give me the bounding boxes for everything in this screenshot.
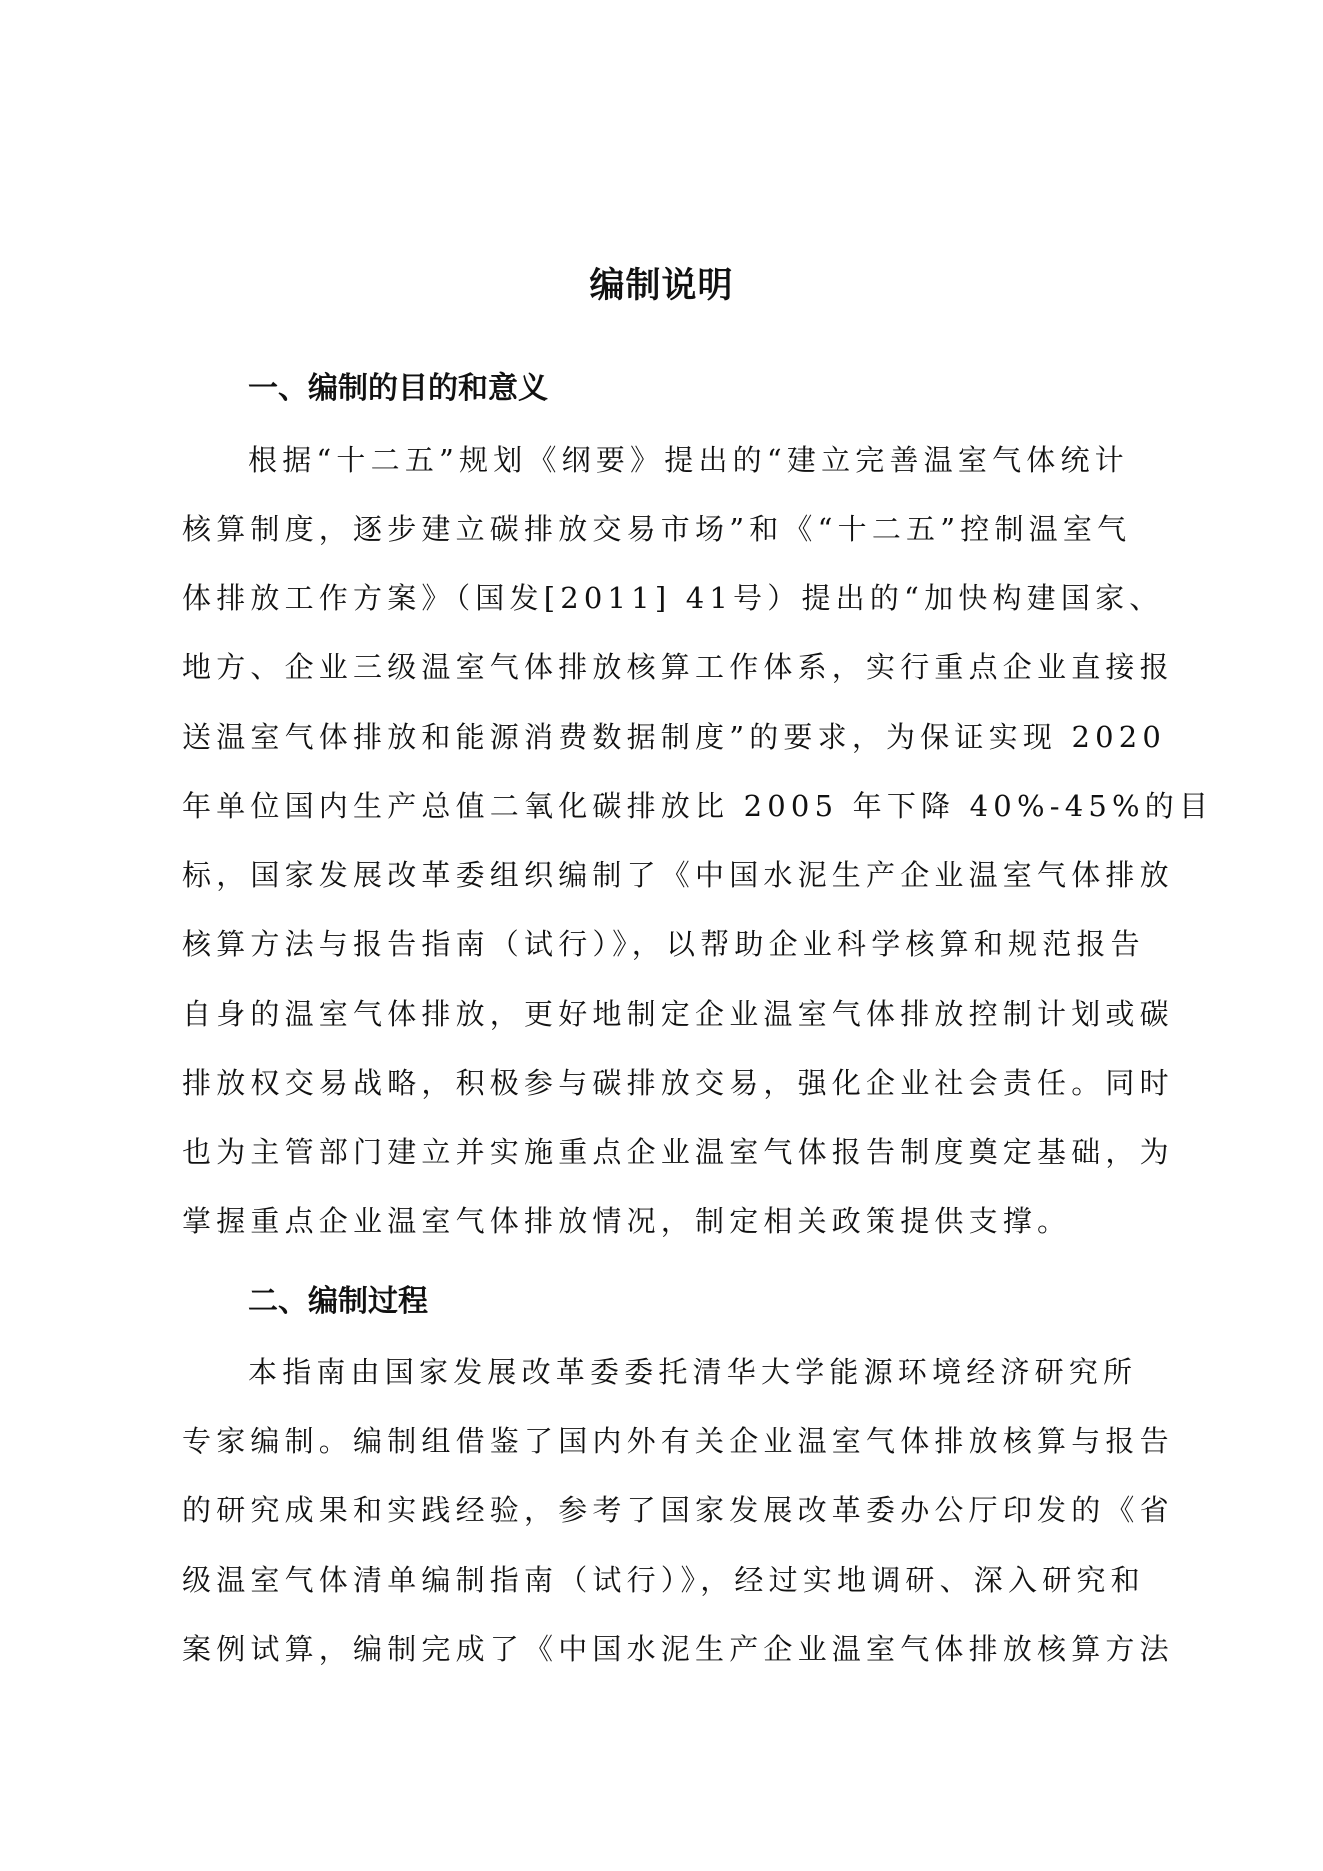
paragraph-line: 排放权交易战略，积极参与碳排放交易，强化企业社会责任。同时: [182, 1063, 1142, 1103]
paragraph-line: 地方、企业三级温室气体排放核算工作体系，实行重点企业直接报: [182, 647, 1142, 687]
paragraph-line: 自身的温室气体排放，更好地制定企业温室气体排放控制计划或碳: [182, 994, 1142, 1034]
paragraph-line: 送温室气体排放和能源消费数据制度”的要求，为保证实现 2020: [182, 717, 1142, 757]
paragraph-line: 案例试算，编制完成了《中国水泥生产企业温室气体排放核算方法: [182, 1629, 1142, 1669]
paragraph-line: 掌握重点企业温室气体排放情况，制定相关政策提供支撑。: [182, 1201, 1142, 1241]
paragraph-line: 也为主管部门建立并实施重点企业温室气体报告制度奠定基础，为: [182, 1132, 1142, 1172]
section-heading-process: 二、编制过程: [248, 1282, 428, 1322]
document-page: 编制说明 一、编制的目的和意义 根据“十二五”规划《纲要》提出的“建立完善温室气…: [0, 0, 1323, 1871]
paragraph-line: 的研究成果和实践经验，参考了国家发展改革委办公厅印发的《省: [182, 1490, 1142, 1530]
paragraph-line: 体排放工作方案》（国发[2011] 41号）提出的“加快构建国家、: [182, 578, 1142, 618]
document-title: 编制说明: [0, 262, 1323, 310]
paragraph-line: 级温室气体清单编制指南（试行）》，经过实地调研、深入研究和: [182, 1560, 1142, 1600]
paragraph-line: 年单位国内生产总值二氧化碳排放比 2005 年下降 40%-45%的目: [182, 786, 1142, 826]
paragraph-line: 核算方法与报告指南（试行）》，以帮助企业科学核算和规范报告: [182, 924, 1142, 964]
paragraph-line: 本指南由国家发展改革委委托清华大学能源环境经济研究所: [248, 1352, 1208, 1392]
paragraph-line: 专家编制。编制组借鉴了国内外有关企业温室气体排放核算与报告: [182, 1421, 1142, 1461]
paragraph-line: 标，国家发展改革委组织编制了《中国水泥生产企业温室气体排放: [182, 855, 1142, 895]
paragraph-line: 核算制度，逐步建立碳排放交易市场”和《“十二五”控制温室气: [182, 509, 1142, 549]
paragraph-line: 根据“十二五”规划《纲要》提出的“建立完善温室气体统计: [248, 440, 1208, 480]
section-heading-purpose: 一、编制的目的和意义: [248, 369, 548, 409]
